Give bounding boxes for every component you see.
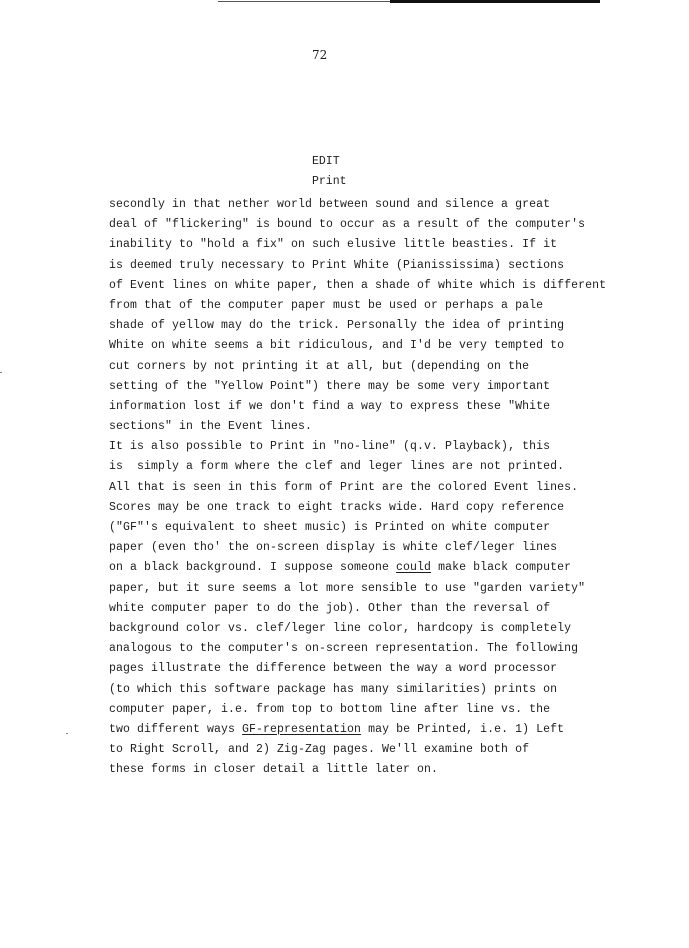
text-line: to Right Scroll, and 2) Zig-Zag pages. W… (109, 740, 606, 760)
text-line: is simply a form where the clef and lege… (109, 457, 606, 477)
text-line: of Event lines on white paper, then a sh… (109, 276, 606, 296)
subsection-title: Print (312, 175, 689, 188)
text-line: two different ways GF-representation may… (109, 720, 606, 740)
text-line: paper, but it sure seems a lot more sens… (109, 579, 606, 599)
underlined-term: could (396, 561, 431, 574)
text-line: from that of the computer paper must be … (109, 296, 606, 316)
scan-speck (0, 372, 2, 373)
text-segment: make black computer (431, 561, 571, 574)
text-line: Scores may be one track to eight tracks … (109, 498, 606, 518)
text-line: cut corners by not printing it at all, b… (109, 357, 606, 377)
text-line: background color vs. clef/leger line col… (109, 619, 606, 639)
text-line: shade of yellow may do the trick. Person… (109, 316, 606, 336)
text-line: paper (even tho' the on-screen display i… (109, 538, 606, 558)
text-line: deal of "flickering" is bound to occur a… (109, 215, 606, 235)
text-line: sections" in the Event lines. (109, 417, 606, 437)
text-line: (to which this software package has many… (109, 680, 606, 700)
scan-speck (66, 733, 68, 734)
text-line: secondly in that nether world between so… (109, 195, 606, 215)
text-line: All that is seen in this form of Print a… (109, 478, 606, 498)
page-number: 72 (312, 48, 327, 62)
scan-top-border-thin (218, 1, 390, 2)
text-line: is deemed truly necessary to Print White… (109, 256, 606, 276)
text-line: pages illustrate the difference between … (109, 659, 606, 679)
text-line: White on white seems a bit ridiculous, a… (109, 336, 606, 356)
section-title: EDIT (312, 155, 689, 168)
text-line: on a black background. I suppose someone… (109, 558, 606, 578)
text-line: computer paper, i.e. from top to bottom … (109, 700, 606, 720)
text-line: white computer paper to do the job). Oth… (109, 599, 606, 619)
text-line: inability to "hold a fix" on such elusiv… (109, 235, 606, 255)
body-text: secondly in that nether world between so… (109, 195, 606, 780)
text-line: these forms in closer detail a little la… (109, 760, 606, 780)
text-segment: may be Printed, i.e. 1) Left (361, 723, 564, 736)
text-line: It is also possible to Print in "no-line… (109, 437, 606, 457)
text-line: analogous to the computer's on-screen re… (109, 639, 606, 659)
text-line: setting of the "Yellow Point") there may… (109, 377, 606, 397)
text-segment: two different ways (109, 723, 242, 736)
scan-top-border-thick (390, 0, 600, 3)
text-segment: on a black background. I suppose someone (109, 561, 396, 574)
underlined-term: GF-representation (242, 723, 361, 736)
text-line: ("GF"'s equivalent to sheet music) is Pr… (109, 518, 606, 538)
text-line: information lost if we don't find a way … (109, 397, 606, 417)
